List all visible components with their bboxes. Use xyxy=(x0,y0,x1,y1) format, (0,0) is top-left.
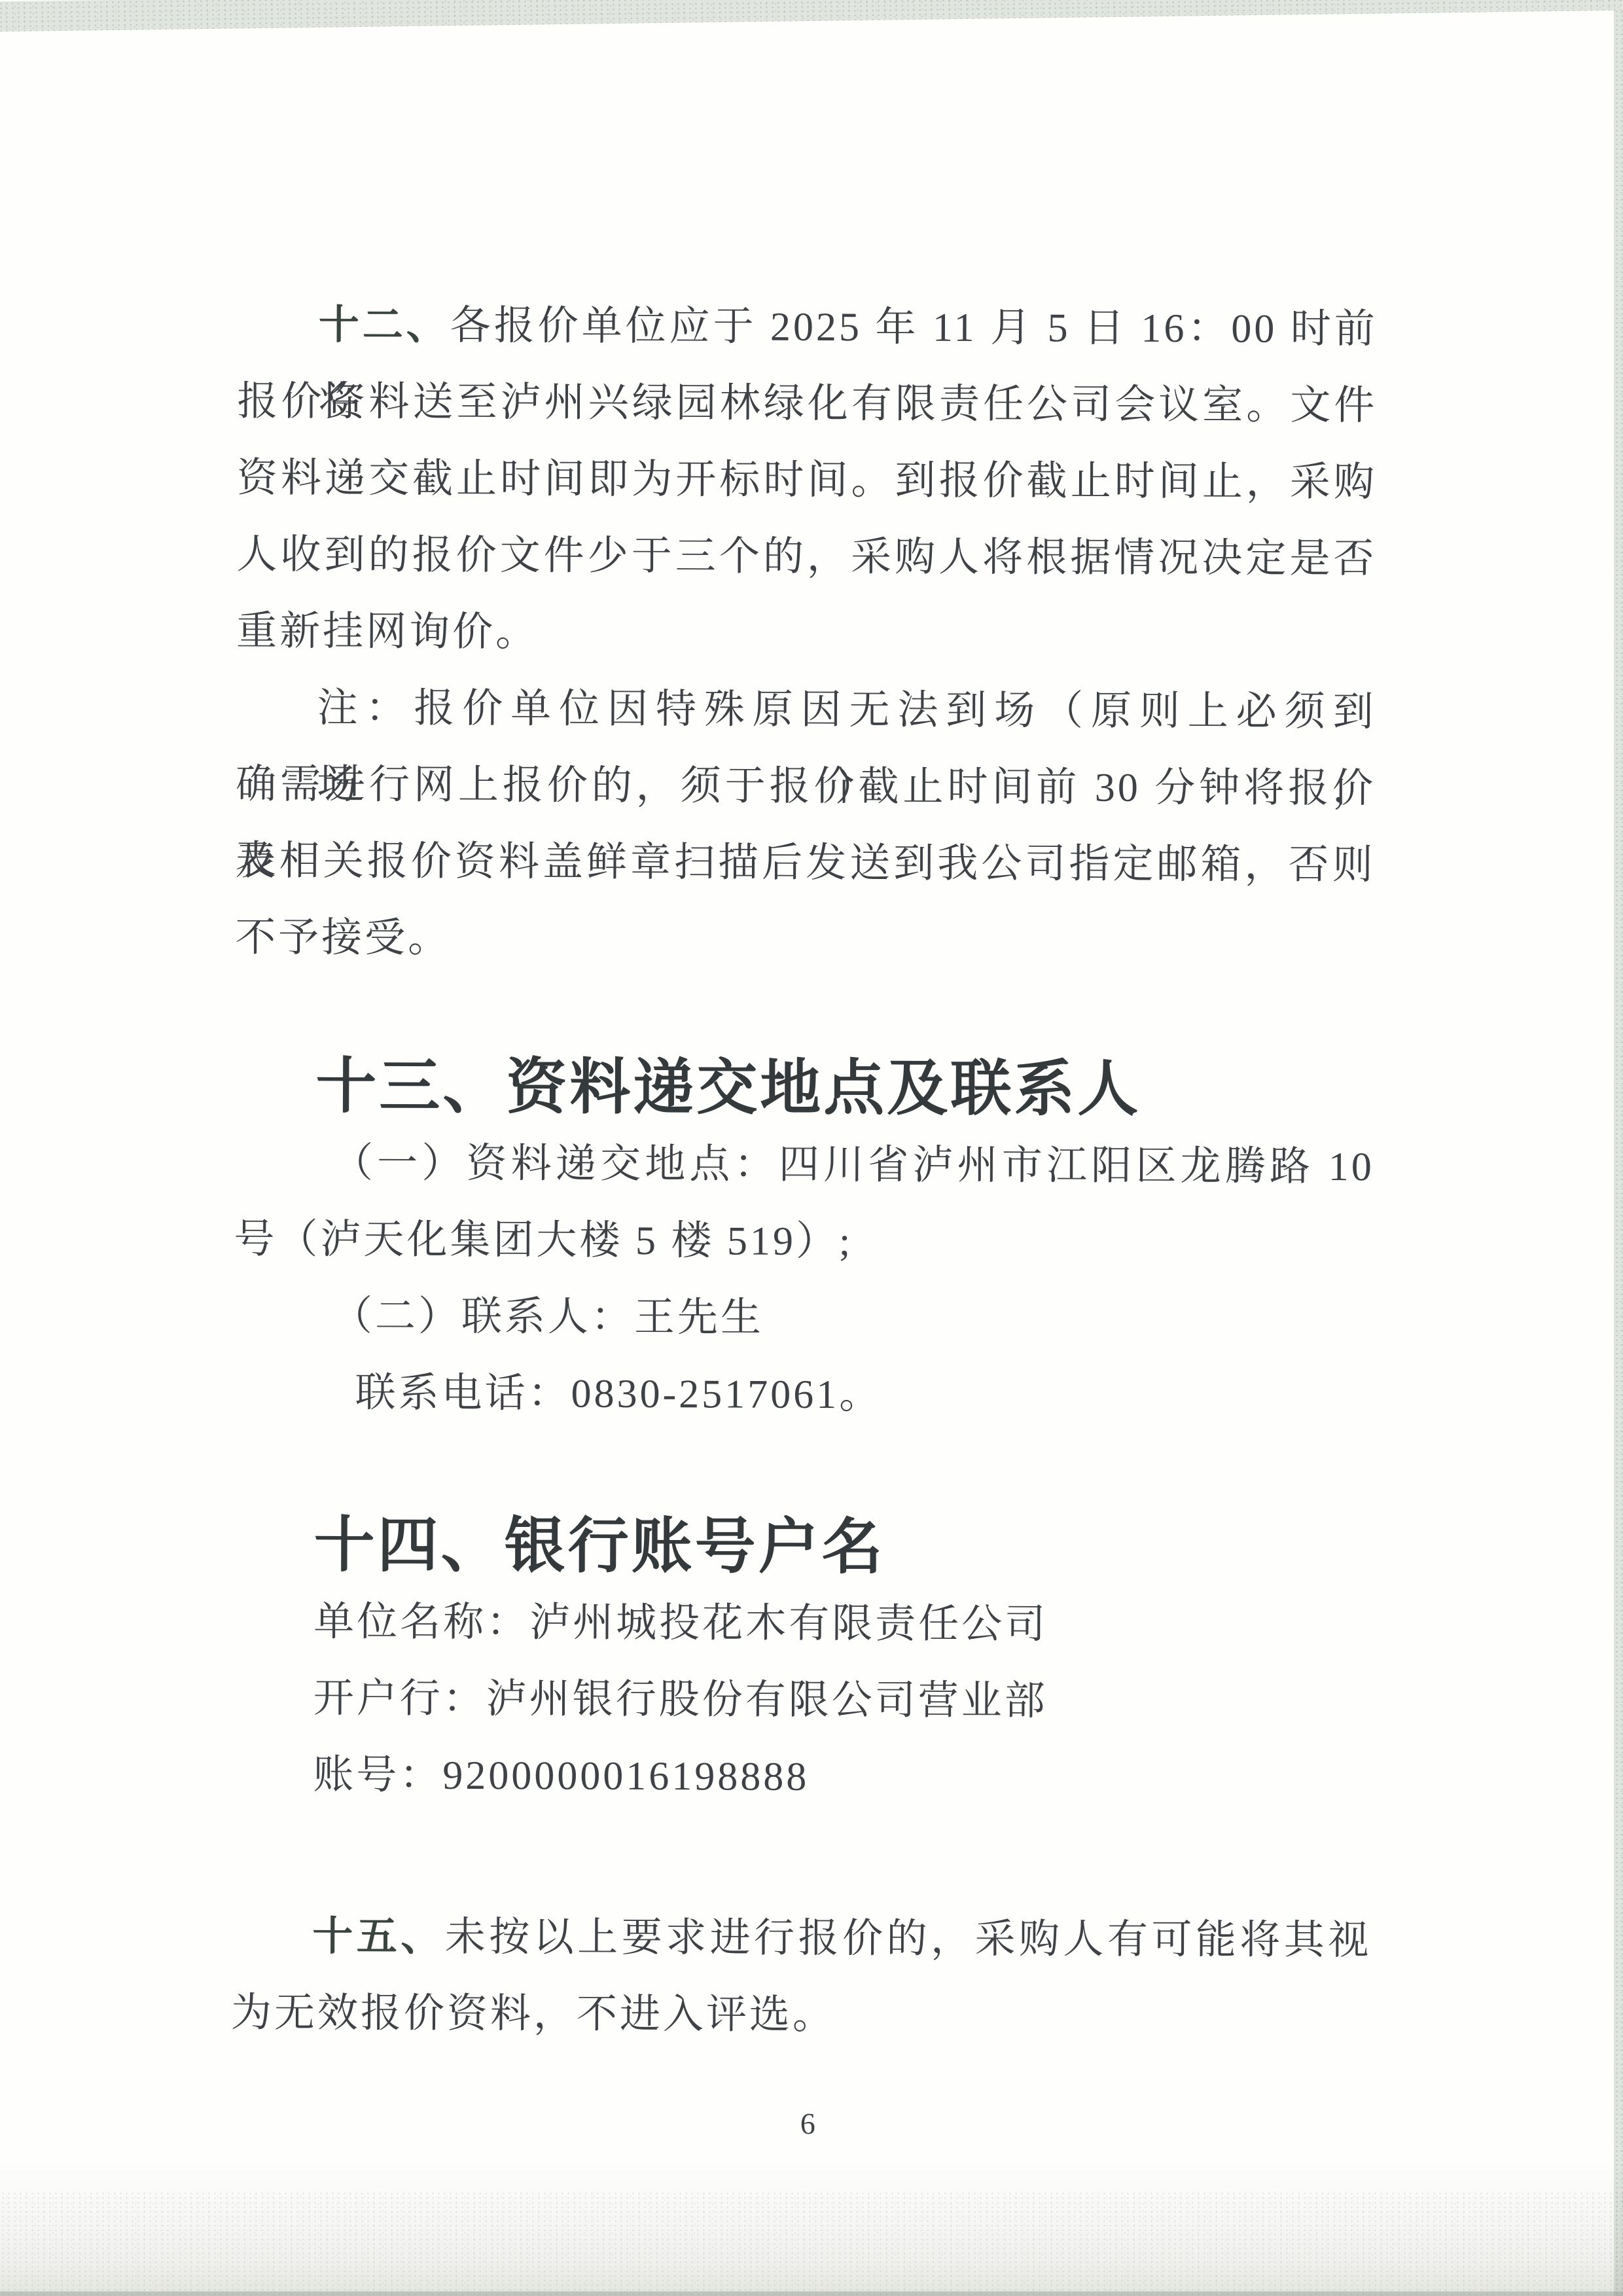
scanned-document-page: { "page": { "number": "6" }, "colors": {… xyxy=(0,0,1623,2296)
paragraph-gap xyxy=(233,1431,1373,1512)
scan-artifact-bottom-texture xyxy=(0,2191,1623,2296)
text-line: 报价资料送至泸州兴绿园林绿化有限责任公司会议室。文件 xyxy=(237,364,1377,445)
document-sheet: 十二、各报价单位应于 2025 年 11 月 5 日 16：00 时前将 报价资… xyxy=(0,0,1623,2296)
line-text: 未按以上要求进行报价的，采购人有可能将其视 xyxy=(445,1915,1372,1963)
text-column: 十二、各报价单位应于 2025 年 11 月 5 日 16：00 时前将 报价资… xyxy=(231,287,1378,2056)
text-line: （二）联系人：王先生 xyxy=(234,1278,1374,1359)
section-heading: 十四、银行账号户名 xyxy=(232,1507,1372,1588)
text-line: 十五、未按以上要求进行报价的，采购人有可能将其视 xyxy=(231,1899,1371,1980)
text-line: 及相关报价资料盖鲜章扫描后发送到我公司指定邮箱，否则 xyxy=(235,823,1375,905)
scan-artifact-right-edge xyxy=(1614,0,1623,2296)
section-number: 十二、 xyxy=(319,303,450,348)
text-line: 十二、各报价单位应于 2025 年 11 月 5 日 16：00 时前将 xyxy=(238,287,1378,368)
paragraph-gap xyxy=(235,977,1375,1053)
page-number: 6 xyxy=(0,2104,1619,2144)
text-line: 单位名称：泸州城投花木有限责任公司 xyxy=(232,1584,1372,1665)
section-15: 十五、未按以上要求进行报价的，采购人有可能将其视 为无效报价资料，不进入评选。 xyxy=(231,1899,1372,2056)
text-line: 确需进行网上报价的，须于报价截止时间前 30 分钟将报价表 xyxy=(236,747,1376,828)
section-14: 十四、银行账号户名 单位名称：泸州城投花木有限责任公司 开户行：泸州银行股份有限… xyxy=(232,1507,1373,1818)
text-line: 号（泸天化集团大楼 5 楼 519）; xyxy=(234,1202,1374,1283)
section-13: 十三、资料递交地点及联系人 （一）资料递交地点：四川省泸州市江阳区龙腾路 10 … xyxy=(233,1049,1374,1436)
text-line: 注：报价单位因特殊原因无法到场（原则上必须到场）， xyxy=(236,670,1376,751)
section-12: 十二、各报价单位应于 2025 年 11 月 5 日 16：00 时前将 报价资… xyxy=(235,287,1378,981)
paragraph-gap xyxy=(232,1814,1372,1903)
section-heading: 十三、资料递交地点及联系人 xyxy=(234,1049,1374,1130)
scan-artifact-bottom-edge xyxy=(0,2291,1623,2296)
text-line: （一）资料递交地点：四川省泸州市江阳区龙腾路 10 xyxy=(234,1125,1374,1206)
text-line: 重新挂网询价。 xyxy=(236,594,1376,675)
section-number: 十五、 xyxy=(312,1914,445,1960)
text-line: 人收到的报价文件少于三个的，采购人将根据情况决定是否 xyxy=(236,517,1376,598)
text-line: 不予接受。 xyxy=(235,900,1375,981)
text-line: 开户行：泸州银行股份有限公司营业部 xyxy=(232,1660,1372,1742)
text-line: 为无效报价资料，不进入评选。 xyxy=(231,1975,1371,2056)
text-line: 账号：9200000016198888 xyxy=(232,1737,1372,1818)
text-line: 资料递交截止时间即为开标时间。到报价截止时间止，采购 xyxy=(237,440,1377,522)
text-line: 联系电话：0830-2517061。 xyxy=(233,1355,1373,1436)
